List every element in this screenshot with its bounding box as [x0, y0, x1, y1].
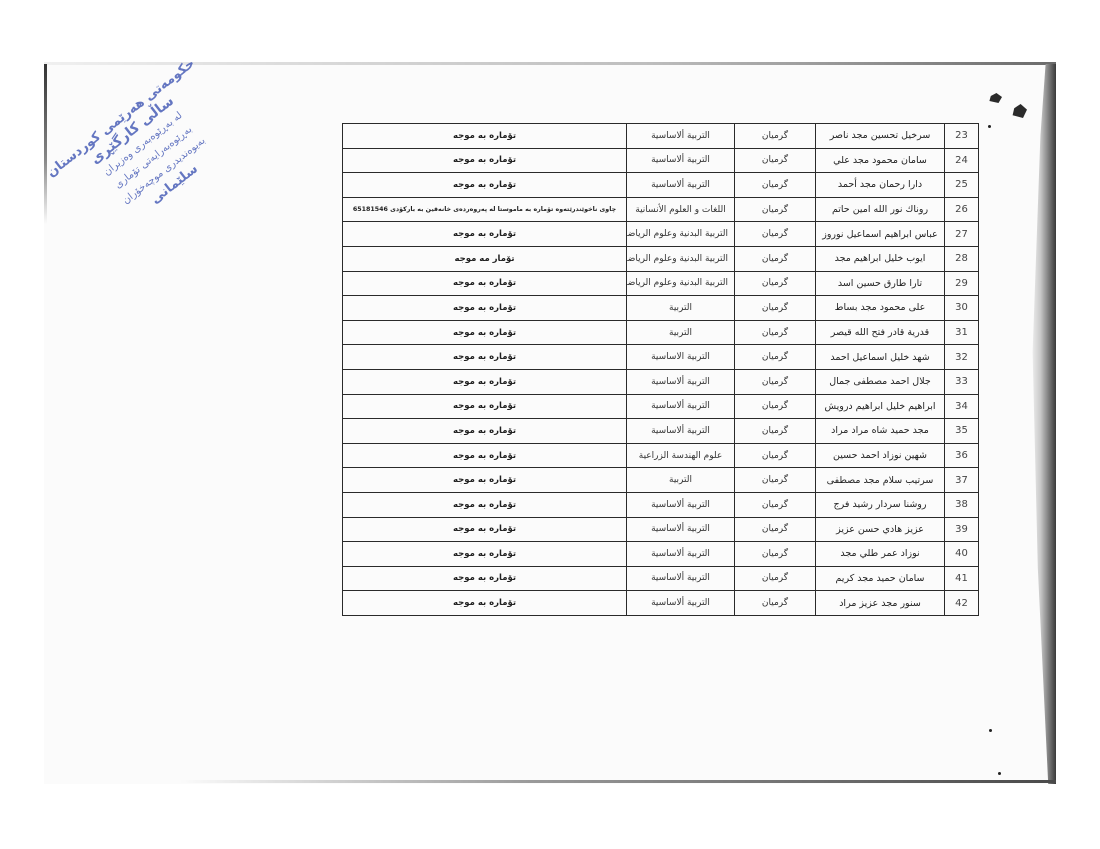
region: گرمیان: [735, 492, 816, 517]
department: التربية: [627, 468, 735, 493]
region: گرمیان: [735, 517, 816, 542]
region: گرمیان: [735, 173, 816, 198]
table-row: 33جلال احمد مصطفى جمالگرمیانالتربية ألاس…: [343, 369, 979, 394]
employee-name: قدرية قادر فتح الله قيصر: [816, 320, 945, 345]
registration-status: تۆمارە بە موجە: [343, 394, 627, 419]
department: التربية ألاساسية: [627, 173, 735, 198]
region: گرمیان: [735, 419, 816, 444]
region: گرمیان: [735, 320, 816, 345]
row-number: 42: [945, 591, 979, 616]
region: گرمیان: [735, 369, 816, 394]
registration-status: تۆمارە بە موجە: [343, 148, 627, 173]
registration-status: تۆمارە بە موجە: [343, 296, 627, 321]
row-number: 30: [945, 296, 979, 321]
row-number: 38: [945, 492, 979, 517]
department: التربية البدنية وعلوم الرياضة: [627, 271, 735, 296]
region: گرمیان: [735, 246, 816, 271]
employee-name: سامان حميد مجد كريم: [816, 566, 945, 591]
table-row: 25دارا رحمان مجد أحمدگرمیانالتربية ألاسا…: [343, 173, 979, 198]
employee-name: سرتيب سلام مجد مصطفى: [816, 468, 945, 493]
scan-speck: [989, 729, 992, 732]
row-number: 28: [945, 246, 979, 271]
department: التربية الاساسية: [627, 345, 735, 370]
row-number: 39: [945, 517, 979, 542]
registration-status: تۆمارە بە موجە: [343, 320, 627, 345]
region: گرمیان: [735, 468, 816, 493]
region: گرمیان: [735, 148, 816, 173]
registration-status: تۆمارە بە موجە: [343, 566, 627, 591]
table-row: 26روناك نور الله امين حاتمگرمیاناللغات و…: [343, 197, 979, 222]
row-number: 23: [945, 124, 979, 149]
department: التربية ألاساسية: [627, 517, 735, 542]
table-row: 24سامان محمود مجد عليگرمیانالتربية ألاسا…: [343, 148, 979, 173]
registration-status: تۆمارە بە موجە: [343, 591, 627, 616]
row-number: 37: [945, 468, 979, 493]
registration-status: تۆمارە بە موجە: [343, 542, 627, 567]
employee-name: دارا رحمان مجد أحمد: [816, 173, 945, 198]
table-row: 30على محمود مجد بساطگرمیانالتربيةتۆمارە …: [343, 296, 979, 321]
row-number: 27: [945, 222, 979, 247]
registration-status: تۆمار مە موجە: [343, 246, 627, 271]
employee-name: شهد خليل اسماعيل احمد: [816, 345, 945, 370]
scan-speck: [998, 772, 1001, 775]
region: گرمیان: [735, 591, 816, 616]
row-number: 26: [945, 197, 979, 222]
employee-roster-table: 23سرخیل تحسین مجد ناصرگرمیانالتربية ألاس…: [342, 123, 979, 616]
registration-status: تۆمارە بە موجە: [343, 124, 627, 149]
page-edge-left: [44, 64, 47, 224]
department: التربية ألاساسية: [627, 591, 735, 616]
table-row: 23سرخیل تحسین مجد ناصرگرمیانالتربية ألاس…: [343, 124, 979, 149]
employee-name: سرخیل تحسین مجد ناصر: [816, 124, 945, 149]
table-row: 34ابراهيم خليل ابراهيم درويشگرمیانالتربي…: [343, 394, 979, 419]
table-row: 42سنور مجد عزيز مرادگرمیانالتربية ألاساس…: [343, 591, 979, 616]
region: گرمیان: [735, 296, 816, 321]
registration-status: تۆمارە بە موجە: [343, 492, 627, 517]
table-row: 32شهد خليل اسماعيل احمدگرمیانالتربية الا…: [343, 345, 979, 370]
row-number: 32: [945, 345, 979, 370]
region: گرمیان: [735, 271, 816, 296]
department: التربية البدنية وعلوم الرياضة: [627, 246, 735, 271]
row-number: 34: [945, 394, 979, 419]
region: گرمیان: [735, 222, 816, 247]
department: التربية ألاساسية: [627, 394, 735, 419]
row-number: 24: [945, 148, 979, 173]
table-row: 31قدرية قادر فتح الله قيصرگرمیانالتربيةت…: [343, 320, 979, 345]
row-number: 41: [945, 566, 979, 591]
department: التربية: [627, 320, 735, 345]
registration-status: چاوی ناخوێندرێتەوە تۆمارە بە ماموستا لە …: [343, 197, 627, 222]
employee-name: تارا طارق حسين اسد: [816, 271, 945, 296]
row-number: 33: [945, 369, 979, 394]
department: التربية البدنية وعلوم الرياضة: [627, 222, 735, 247]
registration-status: تۆمارە بە موجە: [343, 517, 627, 542]
employee-name: على محمود مجد بساط: [816, 296, 945, 321]
department: التربية ألاساسية: [627, 148, 735, 173]
row-number: 35: [945, 419, 979, 444]
department: التربية ألاساسية: [627, 542, 735, 567]
table-row: 39عزيز هادي حسن عزيزگرمیانالتربية ألاساس…: [343, 517, 979, 542]
registration-status: تۆمارە بە موجە: [343, 443, 627, 468]
registration-status: تۆمارە بە موجە: [343, 222, 627, 247]
employee-name: ايوب خليل ابراهيم مجد: [816, 246, 945, 271]
region: گرمیان: [735, 345, 816, 370]
table-row: 41سامان حميد مجد كريمگرمیانالتربية ألاسا…: [343, 566, 979, 591]
employee-name: ابراهيم خليل ابراهيم درويش: [816, 394, 945, 419]
table-row: 37سرتيب سلام مجد مصطفىگرمیانالتربيةتۆمار…: [343, 468, 979, 493]
registration-status: تۆمارە بە موجە: [343, 173, 627, 198]
page-edge-bottom: [180, 780, 1056, 783]
row-number: 36: [945, 443, 979, 468]
row-number: 31: [945, 320, 979, 345]
table-row: 40نوزاد عمر طلي مجدگرمیانالتربية ألاساسي…: [343, 542, 979, 567]
table-row: 38روشنا سردار رشيد فرجگرمیانالتربية ألاس…: [343, 492, 979, 517]
row-number: 40: [945, 542, 979, 567]
table-row: 35مجد حميد شاه مراد مرادگرمیانالتربية أل…: [343, 419, 979, 444]
employee-name: مجد حميد شاه مراد مراد: [816, 419, 945, 444]
department: اللغات و العلوم الأنسانية: [627, 197, 735, 222]
table-row: 28ايوب خليل ابراهيم مجدگرمیانالتربية الب…: [343, 246, 979, 271]
employee-name: روشنا سردار رشيد فرج: [816, 492, 945, 517]
region: گرمیان: [735, 197, 816, 222]
employee-name: سنور مجد عزيز مراد: [816, 591, 945, 616]
registration-status: تۆمارە بە موجە: [343, 369, 627, 394]
employee-name: عباس ابراهيم اسماعيل نوروز: [816, 222, 945, 247]
region: گرمیان: [735, 566, 816, 591]
registration-status: تۆمارە بە موجە: [343, 419, 627, 444]
table-row: 36شهين نوزاد احمد حسينگرمیانعلوم الهندسة…: [343, 443, 979, 468]
region: گرمیان: [735, 394, 816, 419]
registration-status: تۆمارە بە موجە: [343, 271, 627, 296]
department: التربية ألاساسية: [627, 369, 735, 394]
department: التربية ألاساسية: [627, 566, 735, 591]
department: التربية ألاساسية: [627, 124, 735, 149]
department: التربية ألاساسية: [627, 492, 735, 517]
registration-status: تۆمارە بە موجە: [343, 345, 627, 370]
region: گرمیان: [735, 542, 816, 567]
table-row: 29تارا طارق حسين اسدگرمیانالتربية البدني…: [343, 271, 979, 296]
region: گرمیان: [735, 124, 816, 149]
employee-name: سامان محمود مجد علي: [816, 148, 945, 173]
region: گرمیان: [735, 443, 816, 468]
row-number: 25: [945, 173, 979, 198]
department: علوم الهندسة الزراعية: [627, 443, 735, 468]
department: التربية ألاساسية: [627, 419, 735, 444]
table-row: 27عباس ابراهيم اسماعيل نوروزگرمیانالتربي…: [343, 222, 979, 247]
scan-speck: [988, 125, 991, 128]
row-number: 29: [945, 271, 979, 296]
employee-name: روناك نور الله امين حاتم: [816, 197, 945, 222]
employee-name: عزيز هادي حسن عزيز: [816, 517, 945, 542]
employee-name: جلال احمد مصطفى جمال: [816, 369, 945, 394]
employee-name: شهين نوزاد احمد حسين: [816, 443, 945, 468]
department: التربية: [627, 296, 735, 321]
registration-status: تۆمارە بە موجە: [343, 468, 627, 493]
employee-name: نوزاد عمر طلي مجد: [816, 542, 945, 567]
